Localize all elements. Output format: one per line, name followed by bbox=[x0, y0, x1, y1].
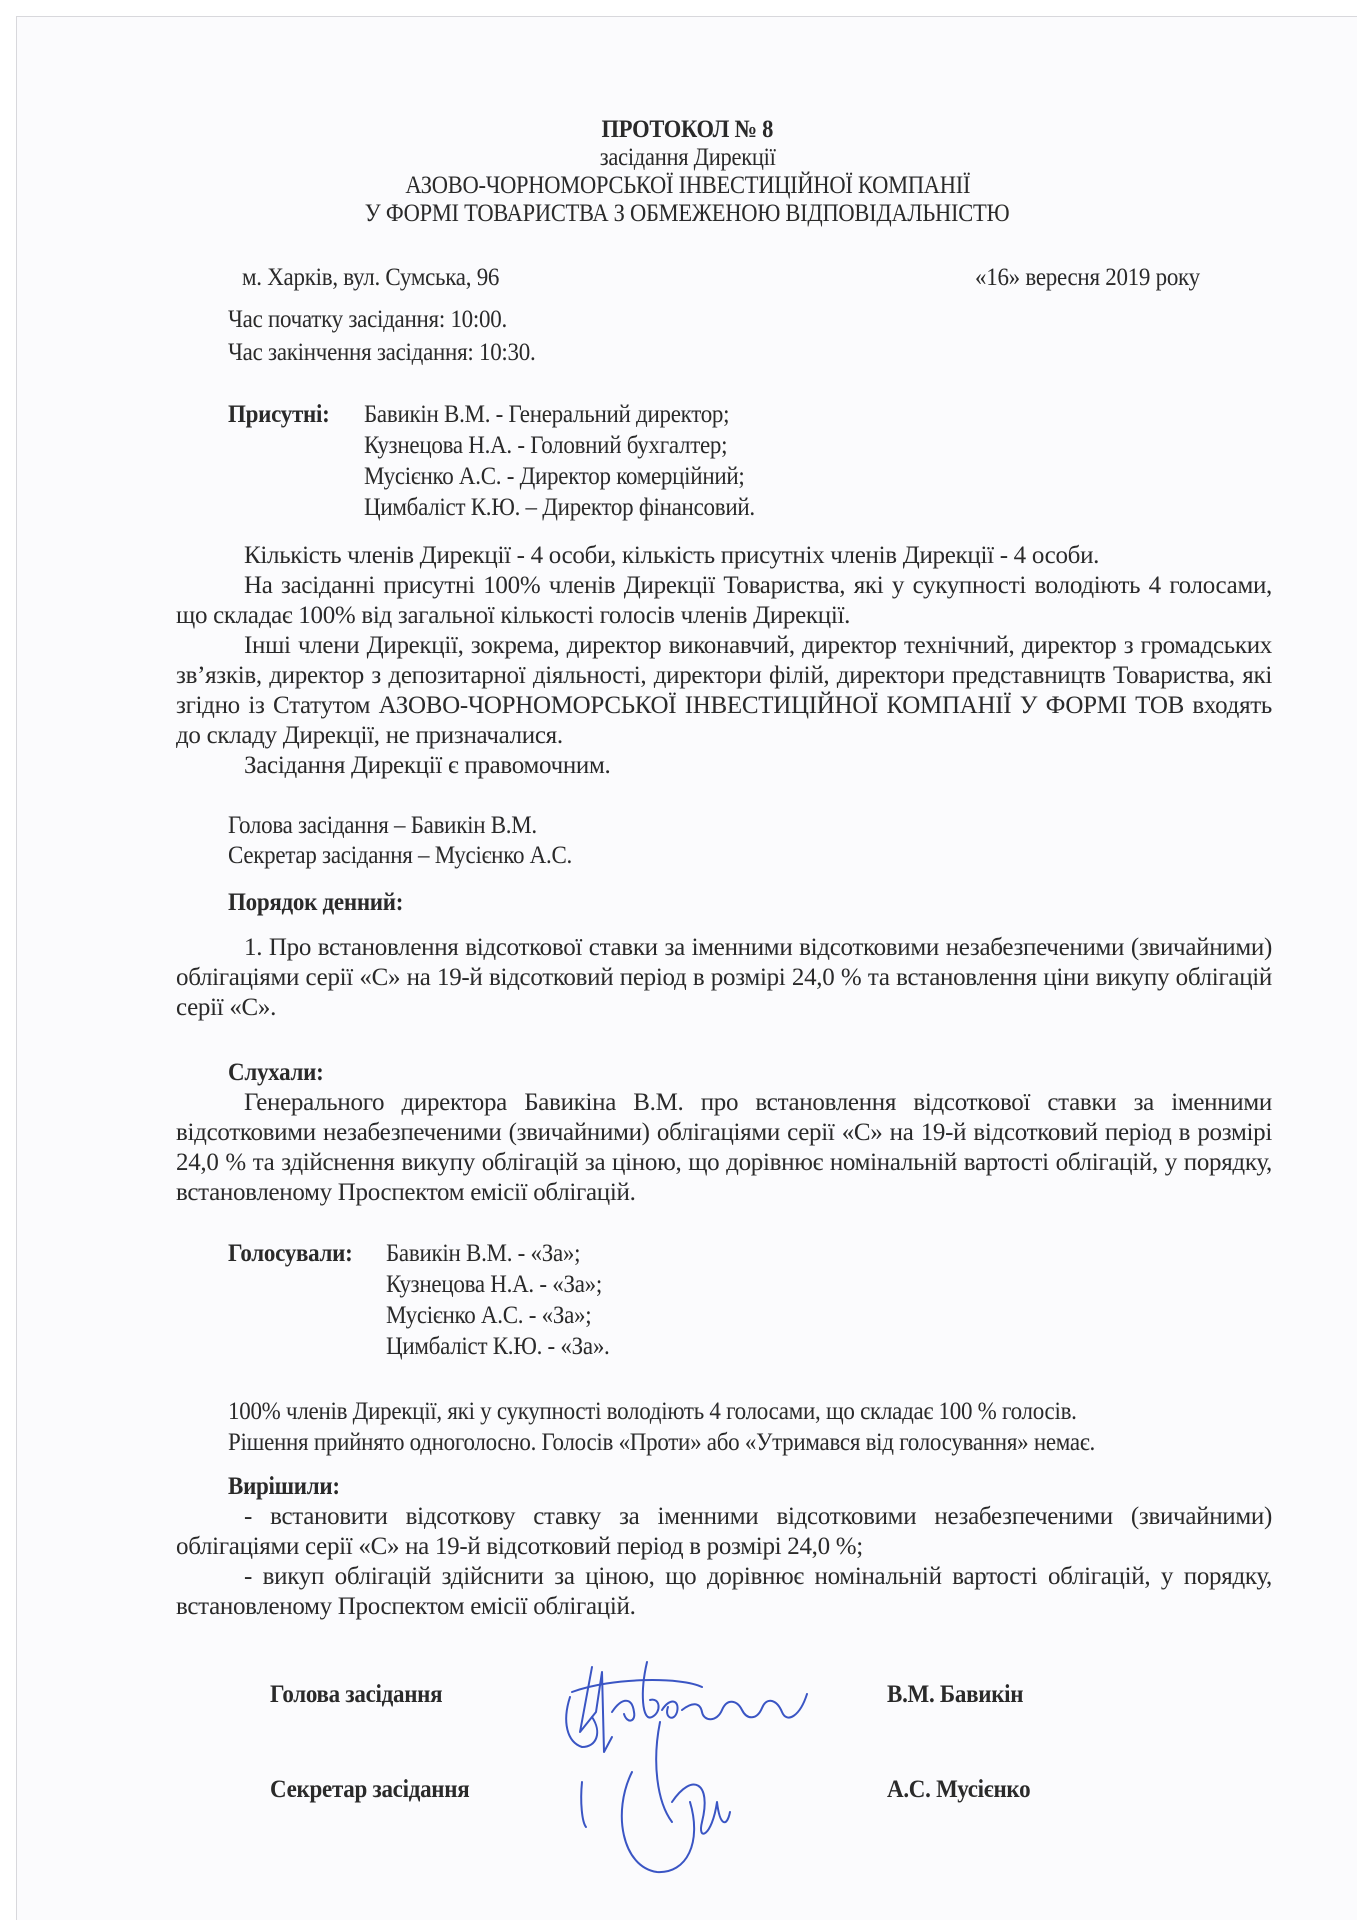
secretary-signature-name: А.С. Мусієнко bbox=[887, 1775, 1030, 1805]
meeting-date: «16» вересня 2019 року bbox=[975, 263, 1200, 293]
company-name-line2: У ФОРМІ ТОВАРИСТВА З ОБМЕЖЕНОЮ ВІДПОВІДА… bbox=[17, 199, 1357, 229]
present-label: Присутні: bbox=[228, 400, 329, 430]
agenda-label: Порядок денний: bbox=[228, 888, 403, 918]
end-time: Час закінчення засідання: 10:30. bbox=[228, 338, 535, 368]
vote-entry: Бавикін В.М. - «За»; bbox=[386, 1239, 580, 1269]
chair-signature-label: Голова засідання bbox=[270, 1680, 442, 1710]
decision-item: - викуп облігацій здійснити за ціною, що… bbox=[176, 1562, 1272, 1622]
present-member: Кузнецова Н.А. - Головний бухгалтер; bbox=[364, 431, 727, 461]
quorum-valid: Засідання Дирекції є правомочним. bbox=[176, 751, 1272, 781]
chair-signature-name: В.М. Бавикін bbox=[887, 1680, 1023, 1710]
document-subtitle: засідання Дирекції bbox=[17, 143, 1357, 173]
present-member: Мусієнко А.С. - Директор комерційний; bbox=[364, 462, 745, 492]
heard-text: Генерального директора Бавикіна В.М. про… bbox=[176, 1088, 1272, 1208]
company-name-line1: АЗОВО-ЧОРНОМОРСЬКОЇ ІНВЕСТИЦІЙНОЇ КОМПАН… bbox=[17, 171, 1357, 201]
vote-entry: Мусієнко А.С. - «За»; bbox=[386, 1301, 591, 1331]
document-title: ПРОТОКОЛ № 8 bbox=[17, 115, 1357, 145]
document-page: ПРОТОКОЛ № 8 засідання Дирекції АЗОВО-ЧО… bbox=[16, 16, 1357, 1920]
secretary-signature-label: Секретар засідання bbox=[270, 1775, 469, 1805]
present-member: Бавикін В.М. - Генеральний директор; bbox=[364, 400, 729, 430]
decision-item: - встановити відсоткову ставку за іменни… bbox=[176, 1502, 1272, 1562]
handwritten-signature-icon bbox=[552, 1652, 872, 1882]
present-member: Цимбаліст К.Ю. – Директор фінансовий. bbox=[364, 493, 755, 523]
decided-label: Вирішили: bbox=[228, 1472, 340, 1502]
vote-entry: Цимбаліст К.Ю. - «За». bbox=[386, 1332, 610, 1362]
members-count: Кількість членів Дирекції - 4 особи, кіл… bbox=[176, 541, 1272, 571]
other-members-paragraph: Інші члени Дирекції, зокрема, директор в… bbox=[176, 631, 1272, 751]
heard-label: Слухали: bbox=[228, 1058, 324, 1088]
start-time: Час початку засідання: 10:00. bbox=[228, 305, 507, 335]
vote-entry: Кузнецова Н.А. - «За»; bbox=[386, 1270, 602, 1300]
meeting-address: м. Харків, вул. Сумська, 96 bbox=[242, 263, 499, 293]
secretary-line: Секретар засідання – Мусієнко А.С. bbox=[228, 841, 572, 871]
decision-unanimous: Рішення прийнято одноголосно. Голосів «П… bbox=[228, 1428, 1095, 1458]
votes-paragraph: На засіданні присутні 100% членів Дирекц… bbox=[176, 571, 1272, 631]
voting-label: Голосували: bbox=[228, 1239, 353, 1269]
agenda-item: 1. Про встановлення відсоткової ставки з… bbox=[176, 933, 1272, 1023]
voting-summary: 100% членів Дирекції, які у сукупності в… bbox=[228, 1397, 1077, 1427]
chair-line: Голова засідання – Бавикін В.М. bbox=[228, 811, 537, 841]
